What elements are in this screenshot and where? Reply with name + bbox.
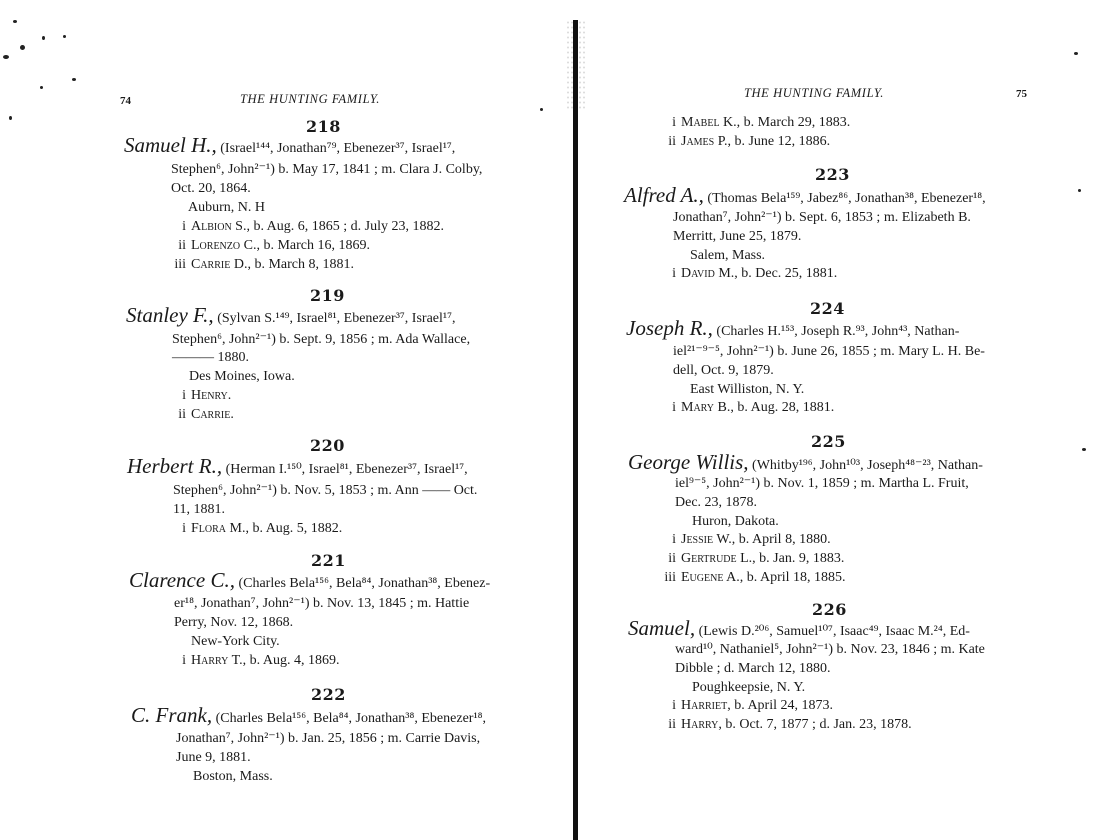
child-ordinal: i	[650, 530, 676, 549]
page-number: 74	[120, 95, 131, 107]
entry-heading: Herbert R., (Herman I.¹⁵⁰, Israel⁸¹, Ebe…	[127, 457, 468, 479]
entry-number: 224	[810, 299, 845, 318]
left-page: 74 THE HUNTING FAMILY. 218 Samuel H., (I…	[0, 0, 572, 840]
entry-line: Stephen⁶, John²⁻¹) b. Nov. 5, 1853 ; m. …	[173, 481, 477, 500]
child-ordinal: ii	[160, 236, 186, 255]
entry-line: 11, 1881.	[173, 500, 225, 519]
scan-speck	[63, 35, 66, 38]
child-name: James P.,	[681, 134, 731, 149]
child-row: iJessie W., b. April 8, 1880.	[650, 530, 831, 549]
scan-speck	[3, 55, 9, 59]
entry-heading: Stanley F., (Sylvan S.¹⁴⁹, Israel⁸¹, Ebe…	[126, 306, 455, 328]
scan-speck	[1078, 189, 1081, 192]
child-details: b. March 29, 1883.	[744, 115, 851, 130]
entry-heading: Alfred A., (Thomas Bela¹⁵⁹, Jabez⁸⁶, Jon…	[624, 186, 986, 208]
child-ordinal: ii	[650, 715, 676, 734]
entry-line: ——— 1880.	[172, 348, 249, 367]
running-title: THE HUNTING FAMILY.	[744, 86, 884, 101]
child-name: Lorenzo C.,	[191, 238, 260, 253]
child-details: b. Aug. 4, 1869.	[250, 653, 340, 668]
child-name: Carrie.	[191, 407, 234, 422]
residence: Salem, Mass.	[690, 246, 765, 265]
entry-line: Dec. 23, 1878.	[675, 493, 757, 512]
scan-speck	[72, 78, 76, 81]
child-ordinal: ii	[650, 549, 676, 568]
entry-line: June 9, 1881.	[176, 748, 251, 767]
scan-speck	[42, 36, 45, 40]
person-name: C. Frank,	[131, 703, 212, 727]
entry-number: 222	[311, 685, 346, 704]
person-name: George Willis,	[628, 450, 749, 474]
entry-number: 220	[310, 436, 345, 455]
page-number: 75	[1016, 88, 1027, 100]
child-row: iDavid M., b. Dec. 25, 1881.	[650, 264, 837, 283]
child-details: b. Jan. 9, 1883.	[759, 551, 844, 566]
scan-speck	[9, 116, 12, 120]
person-name: Herbert R.,	[127, 454, 222, 478]
entry-number: 219	[310, 286, 345, 305]
entry-line: er¹⁸, Jonathan⁷, John²⁻¹) b. Nov. 13, 18…	[174, 594, 469, 613]
entry-line: Perry, Nov. 12, 1868.	[174, 613, 293, 632]
child-name: Eugene A.,	[681, 570, 743, 585]
child-name: Carrie D.,	[191, 257, 251, 272]
child-ordinal: i	[650, 696, 676, 715]
residence: East Williston, N. Y.	[690, 380, 804, 399]
scan-speck	[540, 108, 543, 111]
child-details: b. April 8, 1880.	[739, 532, 831, 547]
ancestry-line: (Israel¹⁴⁴, Jonathan⁷⁹, Ebenezer³⁷, Isra…	[220, 141, 455, 156]
entry-line: Merritt, June 25, 1879.	[673, 227, 801, 246]
child-ordinal: i	[650, 398, 676, 417]
child-details: b. April 24, 1873.	[734, 698, 833, 713]
entry-heading: Joseph R., (Charles H.¹⁵³, Joseph R.⁹³, …	[626, 319, 959, 341]
scan-speck	[13, 20, 17, 23]
child-name: Henry.	[191, 388, 231, 403]
child-row: iMary B., b. Aug. 28, 1881.	[650, 398, 834, 417]
child-row: iHarry T., b. Aug. 4, 1869.	[160, 651, 339, 670]
child-name: Albion S.,	[191, 219, 250, 234]
person-name: Clarence C.,	[129, 568, 235, 592]
child-row: iFlora M., b. Aug. 5, 1882.	[160, 519, 342, 538]
scan-speck	[40, 86, 43, 89]
child-row: iiLorenzo C., b. March 16, 1869.	[160, 236, 370, 255]
child-details: b. Aug. 28, 1881.	[737, 400, 834, 415]
entry-line: Jonathan⁷, John²⁻¹) b. Jan. 25, 1856 ; m…	[176, 729, 480, 748]
child-details: b. March 8, 1881.	[254, 257, 354, 272]
child-row: iiGertrude L., b. Jan. 9, 1883.	[650, 549, 844, 568]
child-ordinal: i	[160, 651, 186, 670]
residence: Huron, Dakota.	[692, 512, 779, 531]
entry-number: 221	[311, 551, 346, 570]
child-name: Mary B.,	[681, 400, 734, 415]
ancestry-line: (Lewis D.²⁰⁶, Samuel¹⁰⁷, Isaac⁴⁹, Isaac …	[699, 624, 970, 639]
right-page: THE HUNTING FAMILY. 75 iMabel K., b. Mar…	[580, 0, 1098, 840]
person-name: Samuel H.,	[124, 133, 217, 157]
child-row: iHenry.	[160, 386, 231, 405]
ancestry-line: (Herman I.¹⁵⁰, Israel⁸¹, Ebenezer³⁷, Isr…	[226, 462, 468, 477]
entry-line: dell, Oct. 9, 1879.	[673, 361, 774, 380]
child-row: iAlbion S., b. Aug. 6, 1865 ; d. July 23…	[160, 217, 444, 236]
residence: Auburn, N. H	[188, 198, 265, 217]
child-ordinal: iii	[650, 568, 676, 587]
child-details: b. Dec. 25, 1881.	[741, 266, 837, 281]
child-name: Jessie W.,	[681, 532, 735, 547]
child-details: b. April 18, 1885.	[747, 570, 846, 585]
child-row: iiiEugene A., b. April 18, 1885.	[650, 568, 846, 587]
entry-number: 226	[812, 600, 847, 619]
child-row: iiHarry, b. Oct. 7, 1877 ; d. Jan. 23, 1…	[650, 715, 912, 734]
ancestry-line: (Charles Bela¹⁵⁶, Bela⁸⁴, Jonathan³⁸, Eb…	[238, 576, 490, 591]
ancestry-line: (Thomas Bela¹⁵⁹, Jabez⁸⁶, Jonathan³⁸, Eb…	[707, 191, 985, 206]
entry-line: Oct. 20, 1864.	[171, 179, 251, 198]
running-title: THE HUNTING FAMILY.	[240, 92, 380, 107]
person-name: Samuel,	[628, 616, 695, 640]
entry-line: Stephen⁶, John²⁻¹) b. Sept. 9, 1856 ; m.…	[172, 330, 470, 349]
entry-heading: George Willis, (Whitby¹⁹⁶, John¹⁰³, Jose…	[628, 453, 983, 475]
child-details: b. June 12, 1886.	[734, 134, 830, 149]
ancestry-line: (Whitby¹⁹⁶, John¹⁰³, Joseph⁴⁸⁻²³, Nathan…	[752, 458, 983, 473]
child-name: Mabel K.,	[681, 115, 740, 130]
residence: New-York City.	[191, 632, 280, 651]
child-row: iiCarrie.	[160, 405, 234, 424]
scan-speck	[1074, 52, 1078, 55]
person-name: Joseph R.,	[626, 316, 713, 340]
child-row: iMabel K., b. March 29, 1883.	[650, 113, 850, 132]
entry-number: 225	[811, 432, 846, 451]
scan-speck	[1082, 448, 1086, 451]
entry-heading: Samuel, (Lewis D.²⁰⁶, Samuel¹⁰⁷, Isaac⁴⁹…	[628, 619, 970, 641]
child-ordinal: ii	[160, 405, 186, 424]
entry-line: iel²¹⁻⁹⁻⁵, John²⁻¹) b. June 26, 1855 ; m…	[673, 342, 985, 361]
entry-number: 223	[815, 165, 850, 184]
entry-line: Jonathan⁷, John²⁻¹) b. Sept. 6, 1853 ; m…	[673, 208, 971, 227]
book-spine-divider	[573, 20, 578, 840]
entry-line: Stephen⁶, John²⁻¹) b. May 17, 1841 ; m. …	[171, 160, 482, 179]
child-ordinal: i	[650, 264, 676, 283]
entry-heading: C. Frank, (Charles Bela¹⁵⁶, Bela⁸⁴, Jona…	[131, 706, 486, 728]
entry-heading: Samuel H., (Israel¹⁴⁴, Jonathan⁷⁹, Ebene…	[124, 136, 455, 158]
entry-line: iel⁹⁻⁵, John²⁻¹) b. Nov. 1, 1859 ; m. Ma…	[675, 474, 969, 493]
residence: Des Moines, Iowa.	[189, 367, 295, 386]
ancestry-line: (Charles Bela¹⁵⁶, Bela⁸⁴, Jonathan³⁸, Eb…	[216, 711, 486, 726]
child-name: Harry T.,	[191, 653, 246, 668]
ancestry-line: (Charles H.¹⁵³, Joseph R.⁹³, John⁴³, Nat…	[716, 324, 959, 339]
child-ordinal: i	[160, 519, 186, 538]
child-name: Harry,	[681, 717, 722, 732]
child-name: Harriet,	[681, 698, 731, 713]
child-name: David M.,	[681, 266, 738, 281]
child-details: b. Aug. 6, 1865 ; d. July 23, 1882.	[253, 219, 444, 234]
child-ordinal: iii	[160, 255, 186, 274]
entry-number: 218	[306, 117, 341, 136]
child-details: b. Aug. 5, 1882.	[252, 521, 342, 536]
child-ordinal: ii	[650, 132, 676, 151]
entry-line: ward¹⁰, Nathaniel⁵, John²⁻¹) b. Nov. 23,…	[675, 640, 985, 659]
residence: Boston, Mass.	[193, 767, 273, 786]
child-row: iiiCarrie D., b. March 8, 1881.	[160, 255, 354, 274]
residence: Poughkeepsie, N. Y.	[692, 678, 805, 697]
child-details: b. Oct. 7, 1877 ; d. Jan. 23, 1878.	[725, 717, 911, 732]
person-name: Stanley F.,	[126, 303, 214, 327]
person-name: Alfred A.,	[624, 183, 704, 207]
ancestry-line: (Sylvan S.¹⁴⁹, Israel⁸¹, Ebenezer³⁷, Isr…	[217, 311, 455, 326]
child-row: iiJames P., b. June 12, 1886.	[650, 132, 830, 151]
scan-speck	[20, 45, 25, 50]
child-ordinal: i	[160, 217, 186, 236]
child-ordinal: i	[160, 386, 186, 405]
child-row: iHarriet, b. April 24, 1873.	[650, 696, 833, 715]
entry-heading: Clarence C., (Charles Bela¹⁵⁶, Bela⁸⁴, J…	[129, 571, 490, 593]
child-details: b. March 16, 1869.	[263, 238, 370, 253]
entry-line: Dibble ; d. March 12, 1880.	[675, 659, 831, 678]
child-name: Gertrude L.,	[681, 551, 756, 566]
child-name: Flora M.,	[191, 521, 249, 536]
child-ordinal: i	[650, 113, 676, 132]
